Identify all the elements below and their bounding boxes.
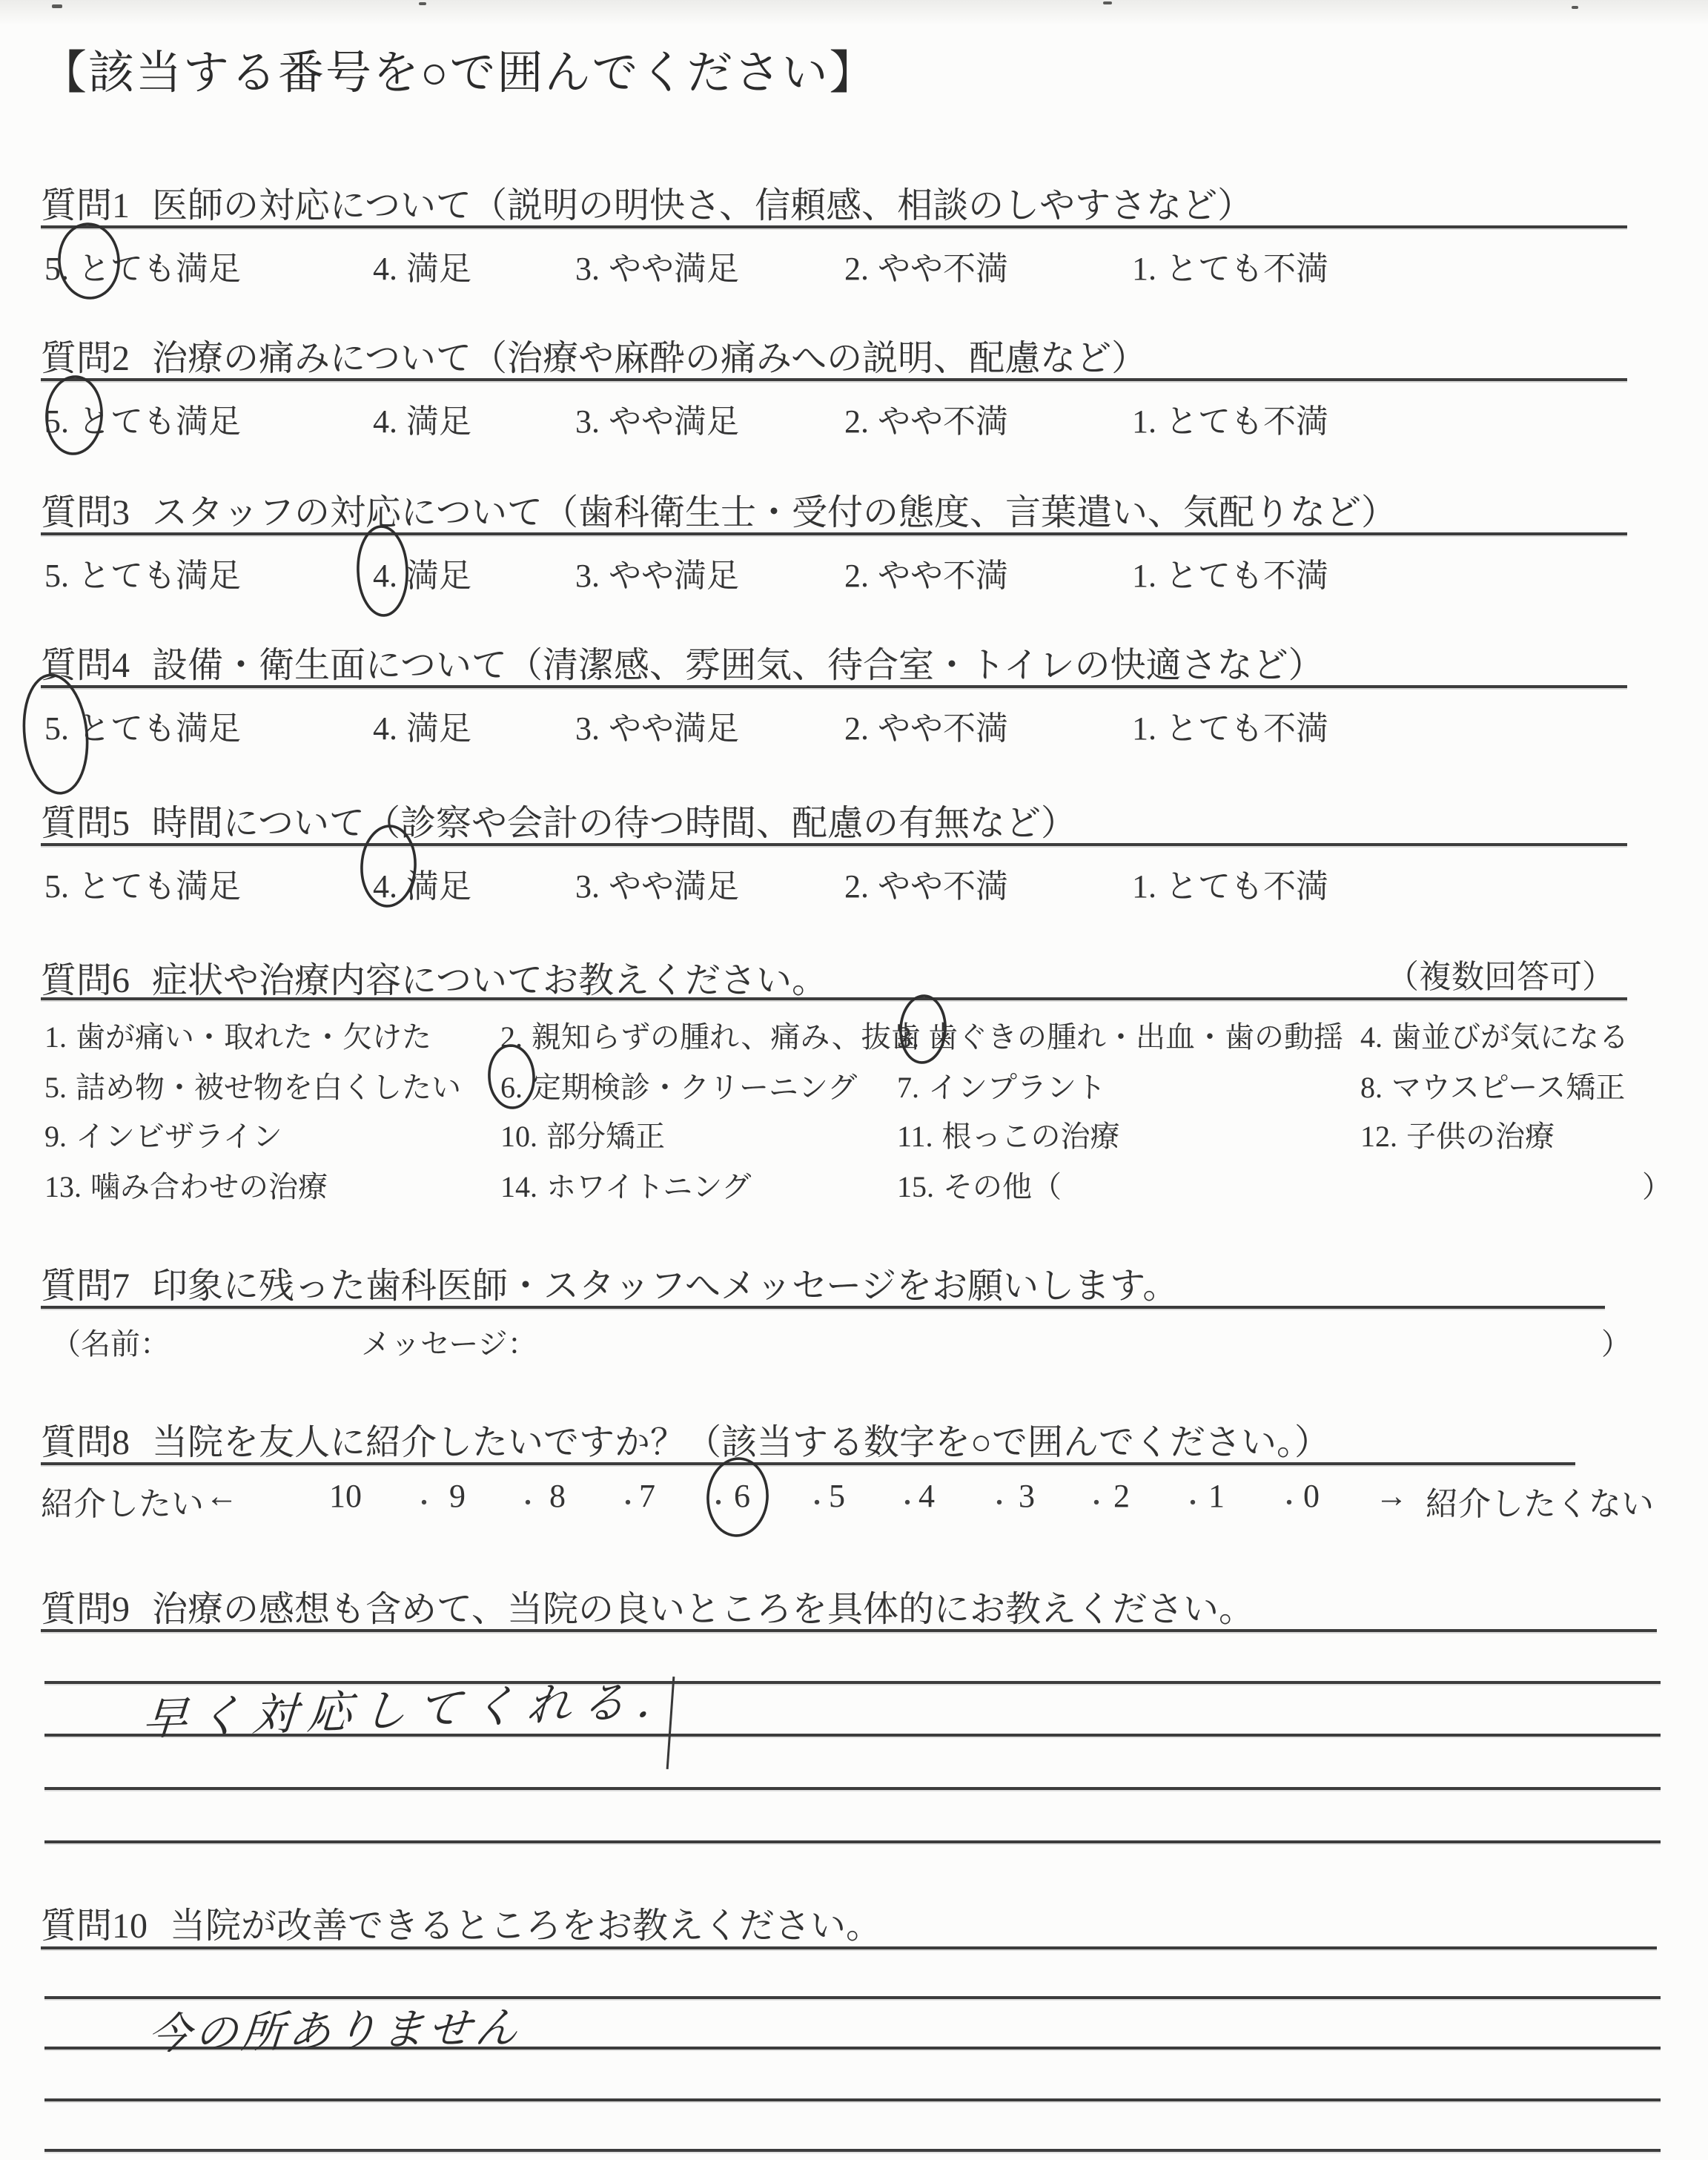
handwritten-circle-q1: [15, 202, 163, 320]
question-2-title: 治療の痛みについて（治療や麻酔の痛みへの説明、配慮など）: [152, 339, 1147, 378]
handwritten-circle-q3: [308, 512, 457, 630]
other-close-paren: ）: [1642, 1163, 1672, 1206]
scan-speck: [1572, 6, 1578, 9]
nps-number-8: 8: [549, 1477, 566, 1515]
question-7-fields: （名前： メッセージ： ）: [41, 1321, 1668, 1365]
answer-line: [44, 1840, 1661, 1843]
nps-number-4: 4: [918, 1477, 935, 1515]
nps-number-3: 3: [1019, 1477, 1035, 1515]
option-5: 5.とても満足: [44, 549, 241, 596]
scan-speck: [419, 2, 426, 5]
dot-separator: ・: [1180, 1483, 1205, 1519]
handwritten-circle-q2: [0, 356, 148, 475]
close-paren: ）: [1601, 1321, 1631, 1363]
symptom-item-5: 5.詰め物・被せ物を白くしたい: [44, 1064, 461, 1106]
question-6: 質問6症状や治療内容についてお教えください。 （複数回答可） 1.歯が痛い・取れ…: [41, 951, 1668, 1233]
divider-line: [41, 225, 1627, 228]
question-6-heading: 質問6症状や治療内容についてお教えください。: [41, 951, 827, 1003]
scan-speck: [52, 4, 62, 8]
question-10-heading: 質問10当院が改善できるところをお教えください。: [41, 1897, 881, 1948]
question-8: 質問8当院を友人に紹介したいですか？（該当する数字を○で囲んでください。） 紹介…: [41, 1413, 1668, 1539]
question-5-title: 時間について（診察や会計の待つ時間、配慮の有無など）: [152, 804, 1076, 843]
question-4-heading: 質問4設備・衛生面について（清潔感、雰囲気、待合室・トイレの快適さなど）: [41, 636, 1324, 687]
handwritten-circle-q8: [663, 1434, 812, 1560]
option-3: 3.やや満足: [575, 859, 739, 907]
handwritten-circle-q5: [314, 807, 463, 925]
option-4: 4.満足: [373, 701, 471, 749]
nps-number-7: 7: [639, 1477, 655, 1515]
question-5: 質問5時間について（診察や会計の待つ時間、配慮の有無など） 5.とても満足 4.…: [41, 794, 1668, 928]
scanned-survey-page: 【該当する番号を○で囲んでください】 質問1医師の対応について（説明の明快さ、信…: [0, 0, 1708, 2160]
option-3: 3.やや満足: [575, 242, 739, 289]
question-4: 質問4設備・衛生面について（清潔感、雰囲気、待合室・トイレの快適さなど） 5.と…: [41, 636, 1668, 770]
handwritten-circle-q4: [0, 664, 130, 805]
handwritten-circle-q6-item3: [849, 970, 997, 1089]
dot-separator: ・: [895, 1483, 920, 1519]
left-arrow-icon: ←: [205, 1477, 238, 1515]
dot-separator: ・: [987, 1483, 1012, 1519]
scan-speck: [1103, 1, 1112, 4]
symptom-item-14: 14.ホワイトニング: [500, 1163, 751, 1206]
divider-line: [41, 1629, 1657, 1632]
option-1: 1.とても不満: [1132, 242, 1328, 289]
option-1: 1.とても不満: [1132, 701, 1328, 749]
question-7-heading: 質問7印象に残った歯科医師・スタッフへメッセージをお願いします。: [41, 1257, 1178, 1308]
option-2: 2.やや不満: [844, 859, 1008, 907]
question-9: 質問9治療の感想も含めて、当院の良いところを具体的にお教えください。 早く対応し…: [41, 1580, 1668, 1855]
handwritten-answer-q10: 今の所ありません: [146, 1992, 524, 2061]
nps-number-10: 10: [329, 1477, 362, 1515]
symptom-item-11: 11.根っこの治療: [897, 1113, 1120, 1155]
symptom-item-15: 15.その他（: [897, 1163, 1062, 1206]
question-2-options: 5.とても満足 4.満足 3.やや満足 2.やや不満 1.とても不満: [41, 394, 1668, 446]
nps-number-9: 9: [449, 1477, 466, 1515]
question-7-title: 印象に残った歯科医師・スタッフへメッセージをお願いします。: [152, 1266, 1178, 1306]
dot-separator: ・: [411, 1483, 437, 1519]
option-1: 1.とても不満: [1132, 549, 1328, 596]
symptom-item-12: 12.子供の治療: [1360, 1113, 1555, 1155]
question-4-title: 設備・衛生面について（清潔感、雰囲気、待合室・トイレの快適さなど）: [152, 646, 1324, 685]
question-5-options: 5.とても満足 4.満足 3.やや満足 2.やや不満 1.とても不満: [41, 859, 1668, 911]
option-4: 4.満足: [373, 242, 471, 289]
question-3: 質問3スタッフの対応について（歯科衛生士・受付の態度、言葉遣い、気配りなど） 5…: [41, 483, 1668, 617]
question-5-heading: 質問5時間について（診察や会計の待つ時間、配慮の有無など）: [41, 794, 1076, 845]
page-title: 【該当する番号を○で囲んでください】: [41, 36, 876, 102]
right-arrow-icon: →: [1375, 1477, 1408, 1515]
dot-separator: ・: [1084, 1483, 1109, 1519]
name-field-label: （名前：: [51, 1321, 170, 1363]
question-5-number: 質問5: [41, 804, 130, 843]
symptom-item-13: 13.噛み合わせの治療: [44, 1163, 328, 1206]
dot-separator: ・: [615, 1483, 640, 1519]
divider-line: [41, 997, 1627, 1000]
question-10: 質問10当院が改善できるところをお教えください。 今の所ありません: [41, 1897, 1668, 2160]
question-3-heading: 質問3スタッフの対応について（歯科衛生士・受付の態度、言葉遣い、気配りなど）: [41, 483, 1397, 535]
divider-line: [41, 1946, 1657, 1949]
multiple-answers-note: （複数回答可）: [1386, 950, 1615, 997]
question-10-number: 質問10: [41, 1906, 148, 1946]
question-9-number: 質問9: [41, 1590, 130, 1629]
question-2: 質問2治療の痛みについて（治療や麻酔の痛みへの説明、配慮など） 5.とても満足 …: [41, 329, 1668, 463]
option-4: 4.満足: [373, 394, 471, 442]
question-1-heading: 質問1医師の対応について（説明の明快さ、信頼感、相談のしやすさなど）: [41, 176, 1253, 228]
option-2: 2.やや不満: [844, 242, 1008, 289]
question-3-number: 質問3: [41, 493, 130, 532]
nps-scale-row: 紹介したい ← 10 ・ 9 ・ 8 ・ 7 ・ 6 ・ 5 ・ 4 ・ 3 ・…: [41, 1477, 1668, 1529]
option-1: 1.とても不満: [1132, 859, 1328, 907]
symptom-item-4: 4.歯並びが気になる: [1360, 1014, 1629, 1056]
dot-separator: ・: [1277, 1483, 1302, 1519]
divider-line: [41, 532, 1627, 535]
answer-line: [44, 1787, 1661, 1790]
answer-line: [44, 2098, 1661, 2101]
answer-line: [44, 2149, 1661, 2152]
option-3: 3.やや満足: [575, 394, 739, 442]
question-9-heading: 質問9治療の感想も含めて、当院の良いところを具体的にお教えください。: [41, 1580, 1254, 1631]
symptom-item-9: 9.インビザライン: [44, 1113, 282, 1155]
question-4-options: 5.とても満足 4.満足 3.やや満足 2.やや不満 1.とても不満: [41, 701, 1668, 753]
question-3-options: 5.とても満足 4.満足 3.やや満足 2.やや不満 1.とても不満: [41, 549, 1668, 601]
question-6-number: 質問6: [41, 961, 130, 1000]
option-3: 3.やや満足: [575, 549, 739, 596]
question-1: 質問1医師の対応について（説明の明快さ、信頼感、相談のしやすさなど） 5.とても…: [41, 176, 1668, 310]
nps-number-2: 2: [1113, 1477, 1130, 1515]
option-5: 5.とても満足: [44, 859, 241, 907]
nps-right-label: 紹介したくない: [1426, 1477, 1654, 1525]
question-6-title: 症状や治療内容についてお教えください。: [152, 961, 827, 1000]
nps-number-0: 0: [1303, 1477, 1320, 1515]
option-2: 2.やや不満: [844, 701, 1008, 749]
symptom-item-8: 8.マウスピース矯正: [1360, 1064, 1625, 1106]
option-2: 2.やや不満: [844, 394, 1008, 442]
handwritten-circle-q6-item6: [437, 1017, 586, 1136]
symptom-item-1: 1.歯が痛い・取れた・欠けた: [44, 1014, 431, 1056]
question-9-title: 治療の感想も含めて、当院の良いところを具体的にお教えください。: [152, 1590, 1254, 1629]
divider-line: [41, 378, 1627, 381]
nps-number-5: 5: [829, 1477, 845, 1515]
nps-left-label: 紹介したい: [41, 1477, 204, 1525]
question-2-heading: 質問2治療の痛みについて（治療や麻酔の痛みへの説明、配慮など）: [41, 329, 1147, 380]
question-10-title: 当院が改善できるところをお教えください。: [170, 1906, 881, 1946]
option-3: 3.やや満足: [575, 701, 739, 749]
question-7: 質問7印象に残った歯科医師・スタッフへメッセージをお願いします。 （名前： メッ…: [41, 1257, 1668, 1375]
option-2: 2.やや不満: [844, 549, 1008, 596]
message-field-label: メッセージ：: [361, 1321, 537, 1363]
scan-artifact-band: [0, 0, 1708, 25]
divider-line: [41, 843, 1627, 846]
option-1: 1.とても不満: [1132, 394, 1328, 442]
question-8-number: 質問8: [41, 1423, 130, 1462]
question-7-number: 質問7: [41, 1266, 130, 1306]
divider-line: [41, 685, 1627, 688]
divider-line: [41, 1306, 1605, 1309]
question-1-title: 医師の対応について（説明の明快さ、信頼感、相談のしやすさなど）: [152, 186, 1253, 225]
dot-separator: ・: [515, 1483, 540, 1519]
nps-number-1: 1: [1208, 1477, 1225, 1515]
question-1-options: 5.とても満足 4.満足 3.やや満足 2.やや不満 1.とても不満: [41, 242, 1668, 294]
